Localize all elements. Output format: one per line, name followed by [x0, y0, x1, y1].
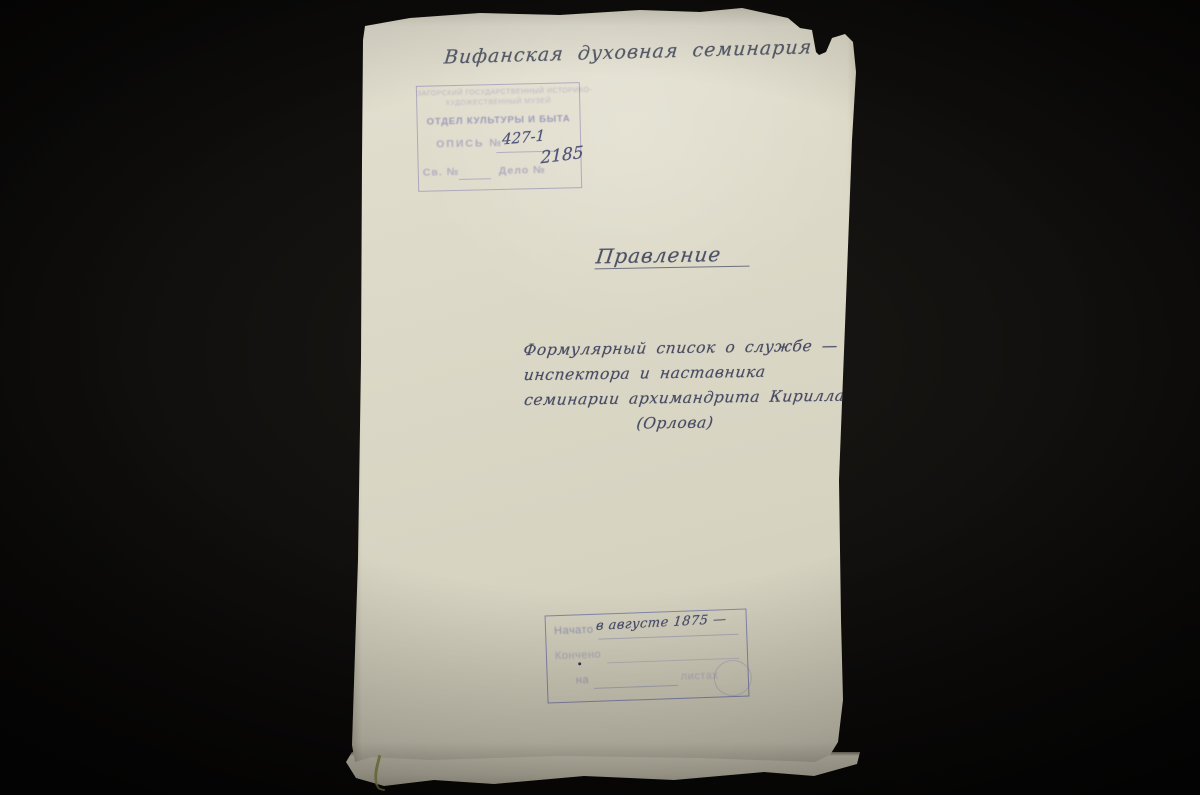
date-stamp-box: Начато в августе 1875 — Кончено на листа…: [545, 609, 750, 704]
finished-label: Кончено: [555, 649, 602, 663]
sheets-underline: [594, 685, 678, 689]
institution-title: Вифанская духовная семинария: [443, 37, 765, 68]
started-label: Начато: [554, 624, 594, 637]
stamp-inventory-label: ОПИСЬ №: [436, 137, 503, 151]
started-date-value: в августе 1875 —: [595, 612, 727, 634]
folder-cover: Вифанская духовная семинария Загорский г…: [348, 8, 863, 768]
case-title-line: (Орлова): [523, 409, 836, 438]
stamp-bundle-label: Св. №: [423, 166, 460, 179]
stamp-department-line: Отдел культуры и быта: [418, 113, 580, 128]
finished-underline: [607, 658, 739, 664]
case-title-block: Формулярный список о службе — инспектора…: [523, 334, 834, 438]
stamp-case-label: Дело №: [499, 164, 546, 177]
stamp-museum-line-2: художественный музей: [417, 97, 579, 108]
archival-document-photo: Вифанская духовная семинария Загорский г…: [0, 0, 1200, 795]
ink-dot: [578, 662, 581, 665]
stamp-case-number: 2185: [540, 143, 583, 169]
started-underline: [598, 634, 738, 640]
archive-stamp-box: Загорский государственный историко- худо…: [416, 82, 582, 192]
faint-round-stamp: [713, 659, 752, 696]
stamp-bundle-underline: [459, 178, 491, 180]
stamp-museum-line-1: Загорский государственный историко-: [417, 87, 579, 98]
stamp-inventory-number: 427-1: [502, 126, 546, 148]
sheets-prefix-label: на: [576, 674, 590, 686]
department-title: Правление: [594, 242, 752, 270]
